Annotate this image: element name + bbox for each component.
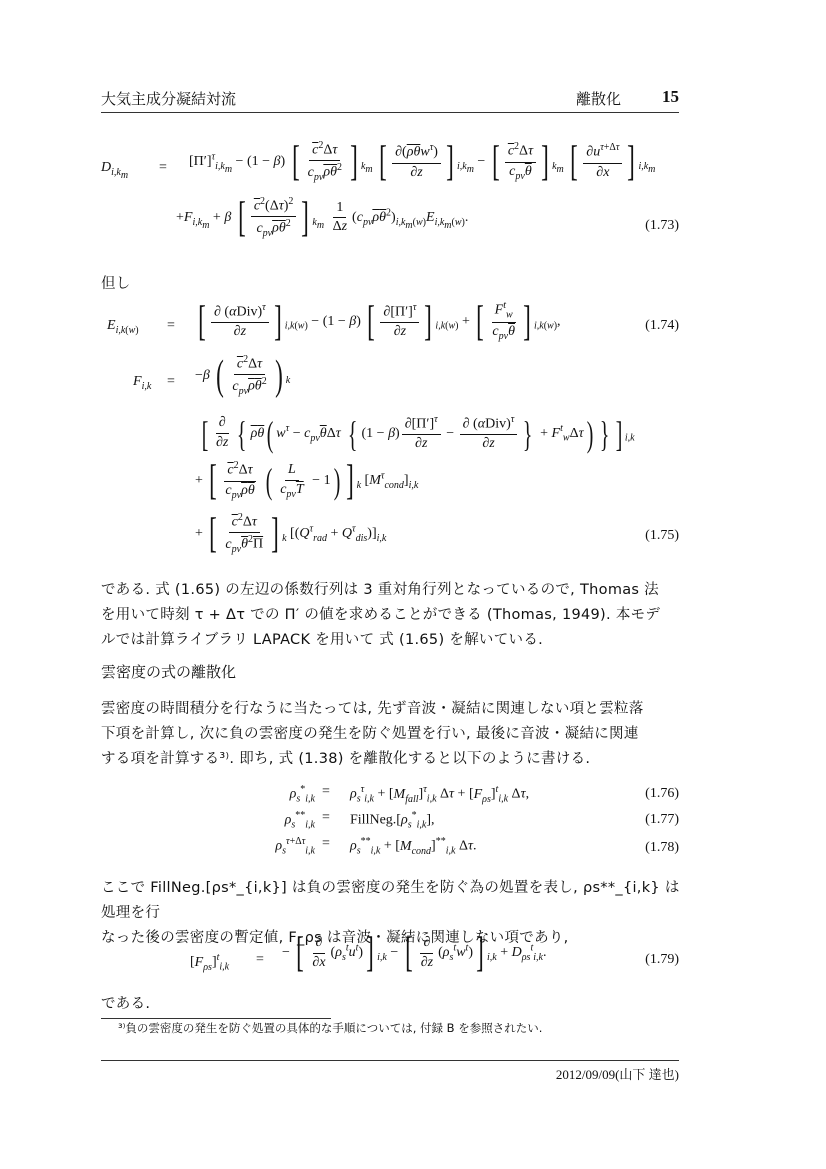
page-header: 大気主成分凝結対流 離散化 15 xyxy=(101,88,679,113)
equation-lhs: Di,km xyxy=(101,160,128,181)
equation-1-74: Ei,k(w) = [∂ (αDiv)τ∂z]i,k(w) − (1 − β) … xyxy=(101,300,681,350)
equation-number: (1.77) xyxy=(645,812,679,828)
equation-1-73: Di,km = [Π′]τi,km − (1 − β) [c2Δτcpvρθ2]… xyxy=(101,140,681,250)
section-title: 離散化 xyxy=(576,88,621,109)
equation-1-75: Fi,k = −β (c2Δτcpvρθ2)k [∂∂z{ρθ(wτ − cpv… xyxy=(101,352,681,572)
equation-number: (1.79) xyxy=(645,952,679,968)
section-heading: 雲密度の式の離散化 xyxy=(101,661,236,682)
footnote: ³⁾負の雲密度の発生を防ぐ処置の具体的な手順については, 付録 B を参照された… xyxy=(118,1020,542,1036)
page-number: 15 xyxy=(662,87,679,107)
equation-rhs-line1: [Π′]τi,km − (1 − β) [c2Δτcpvρθ2]km [∂(ρθ… xyxy=(189,140,655,184)
equation-number: (1.75) xyxy=(645,528,679,544)
footer-rule xyxy=(101,1060,679,1061)
paragraph-end: である. xyxy=(101,992,681,1017)
page-footer: 2012/09/09(山下 達也) xyxy=(556,1064,679,1083)
equation-number: (1.78) xyxy=(645,840,679,856)
document-page: 大気主成分凝結対流 離散化 15 Di,km = [Π′]τi,km − (1 … xyxy=(0,0,826,1169)
equation-number: (1.76) xyxy=(645,786,679,802)
tadashi-label: 但し xyxy=(101,272,681,297)
equation-number: (1.73) xyxy=(645,218,679,234)
equation-number: (1.74) xyxy=(645,318,679,334)
paragraph-cloud-density: 雲密度の時間積分を行なうに当たっては, 先ず音波・凝結に関連しない項と雲粒落 下… xyxy=(101,697,681,772)
equation-1-78: ρsτ+Δτi,k = ρs**i,k + [Mcond]**i,k Δτ. xyxy=(230,836,690,860)
equation-rhs-line2: +Fi,km + β [c2(Δτ)2cpvρθ2]km 1Δz(cpvρθ2)… xyxy=(176,196,468,240)
equation-1-76: ρs*i,k = ρsτi,k + [Mfall]τi,k Δτ + [Fρs]… xyxy=(230,784,690,806)
running-title: 大気主成分凝結対流 xyxy=(101,88,236,109)
equation-1-79: [Fρs]ti,k = − [∂∂x(ρstut)]i,k − [∂∂z(ρst… xyxy=(190,932,690,984)
footnote-rule xyxy=(101,1018,331,1019)
paragraph-thomas: である. 式 (1.65) の左辺の係数行列は 3 重対角行列となっているので,… xyxy=(101,578,681,653)
equation-1-77: ρs**i,k = FillNeg.[ρs*i,k], xyxy=(230,810,690,832)
